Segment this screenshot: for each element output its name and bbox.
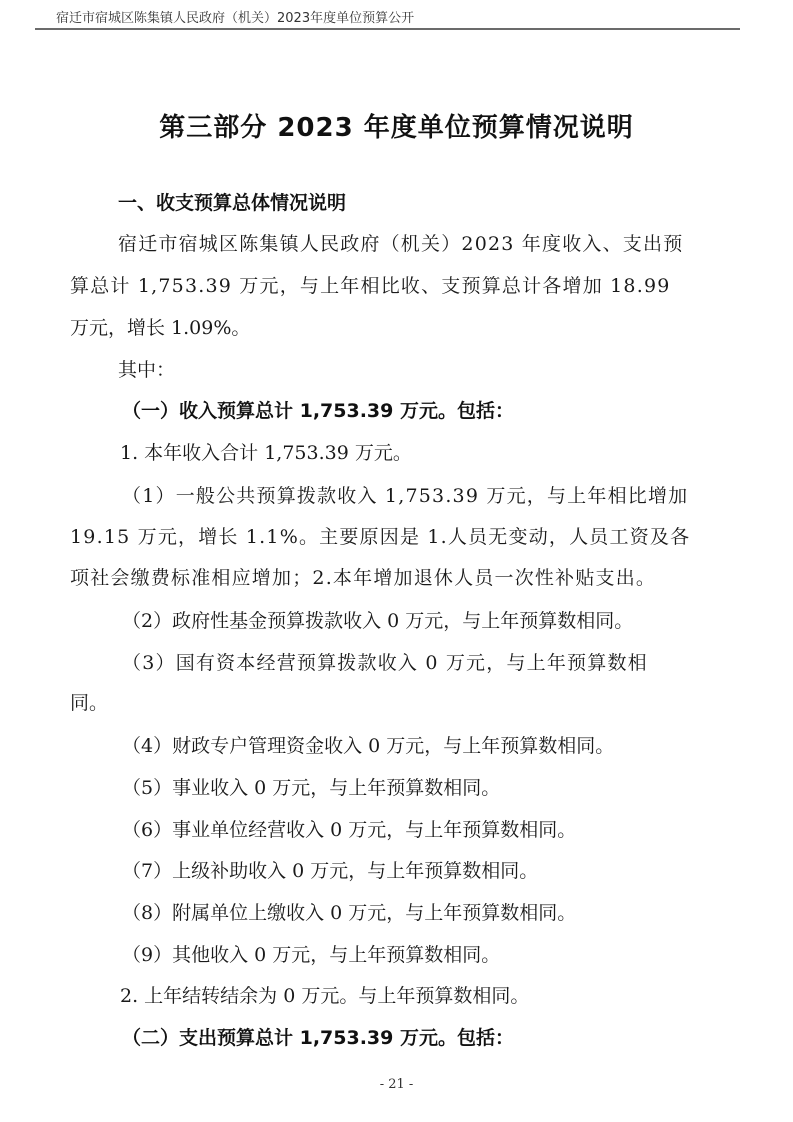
income-sub-6: （6）事业单位经营收入 0 万元，与上年预算数相同。 (122, 817, 576, 843)
intro-line-2: 算总计 1,753.39 万元，与上年相比收、支预算总计各增加 18.99 (70, 273, 671, 299)
income-sub-5: （5）事业收入 0 万元，与上年预算数相同。 (122, 775, 500, 801)
income-item-1: 1. 本年收入合计 1,753.39 万元。 (120, 440, 412, 466)
income-sub-3-line-1: （3）国有资本经营预算拨款收入 0 万元，与上年预算数相 (122, 650, 648, 676)
income-sub-2: （2）政府性基金预算拨款收入 0 万元，与上年预算数相同。 (122, 608, 633, 634)
income-sub-8: （8）附属单位上缴收入 0 万元，与上年预算数相同。 (122, 900, 576, 926)
income-item-2: 2. 上年结转结余为 0 万元。与上年预算数相同。 (120, 983, 529, 1009)
income-sub-9: （9）其他收入 0 万元，与上年预算数相同。 (122, 942, 500, 968)
income-heading: （一）收入预算总计 1,753.39 万元。包括： (122, 398, 514, 424)
income-sub-1-line-1: （1）一般公共预算拨款收入 1,753.39 万元，与上年相比增加 (122, 483, 688, 509)
header-divider (35, 28, 740, 30)
page-title: 第三部分 2023 年度单位预算情况说明 (0, 108, 793, 148)
income-sub-3-line-2: 同。 (70, 690, 108, 716)
running-header: 宿迁市宿城区陈集镇人民政府（机关）2023年度单位预算公开 (56, 10, 740, 28)
expense-heading: （二）支出预算总计 1,753.39 万元。包括： (122, 1025, 514, 1051)
page-number: - 21 - (0, 1077, 793, 1092)
income-sub-7: （7）上级补助收入 0 万元，与上年预算数相同。 (122, 858, 538, 884)
income-sub-1-line-2: 19.15 万元，增长 1.1%。主要原因是 1.人员无变动，人员工资及各 (70, 524, 690, 550)
intro-line-1: 宿迁市宿城区陈集镇人民政府（机关）2023 年度收入、支出预 (118, 231, 683, 257)
income-sub-1-line-3: 项社会缴费标准相应增加；2.本年增加退休人员一次性补贴支出。 (70, 565, 656, 591)
among-label: 其中： (118, 357, 175, 383)
section-heading: 一、收支预算总体情况说明 (118, 190, 346, 216)
income-sub-4: （4）财政专户管理资金收入 0 万元，与上年预算数相同。 (122, 733, 614, 759)
intro-line-3: 万元，增长 1.09%。 (70, 315, 250, 341)
